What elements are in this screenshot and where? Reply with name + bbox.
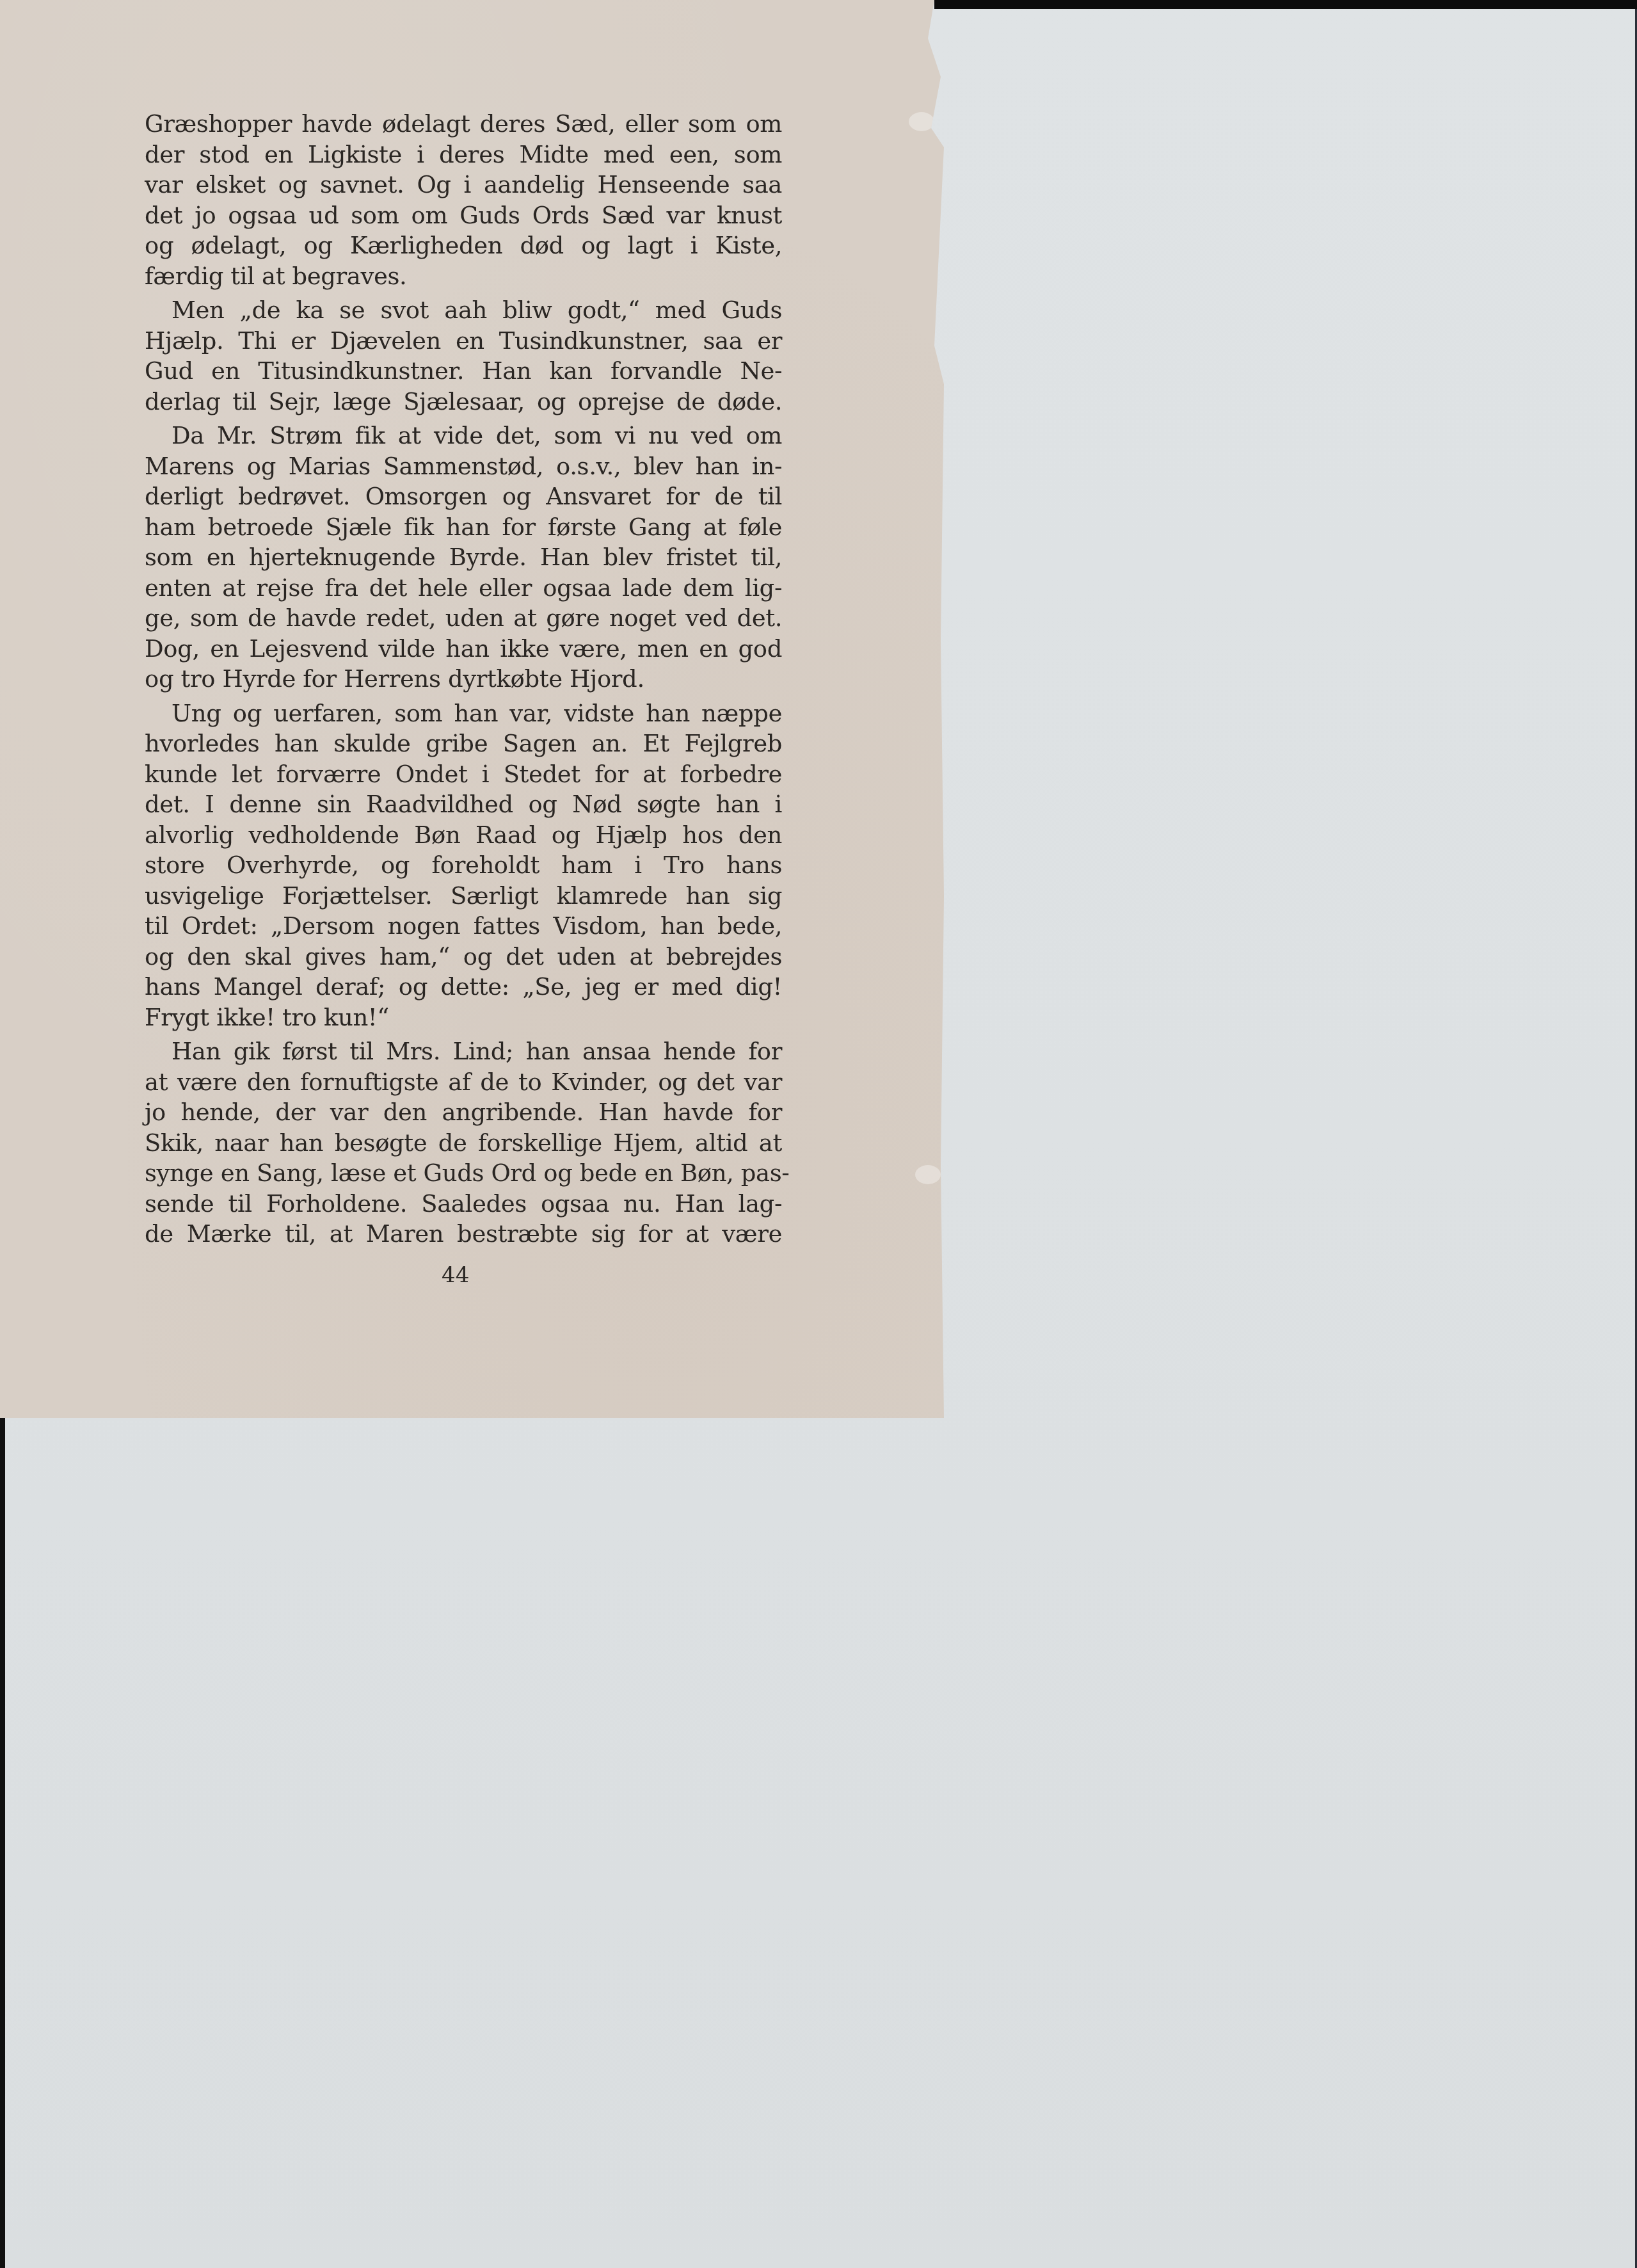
paragraph-5: Han gik først til Mrs. Lind; han ansaa h… xyxy=(145,1036,782,1250)
text-line: Dog, en Lejesvend vilde han ikke være, m… xyxy=(145,634,782,664)
paragraph-2: Men „de ka se svot aah bliw godt,“ med G… xyxy=(145,295,782,417)
text-line: Skik, naar han besøgte de forskellige Hj… xyxy=(145,1128,782,1159)
text-line: som en hjerteknugende Byrde. Han blev fr… xyxy=(145,542,782,573)
text-line: Han gik først til Mrs. Lind; han ansaa h… xyxy=(145,1036,782,1067)
page-number: 44 xyxy=(442,1262,469,1288)
text-line: det jo ogsaa ud som om Guds Ords Sæd var… xyxy=(145,200,782,231)
text-line: til Ordet: „Dersom nogen fattes Visdom, … xyxy=(145,911,782,942)
text-line: Hjælp. Thi er Djævelen en Tusindkunstner… xyxy=(145,326,782,357)
text-line: at være den fornuftigste af de to Kvinde… xyxy=(145,1067,782,1098)
text-line: færdig til at begraves. xyxy=(145,261,782,292)
text-line: og ødelagt, og Kærligheden død og lagt i… xyxy=(145,230,782,261)
page-crease-mark xyxy=(909,112,934,131)
text-line: sende til Forholdene. Saaledes ogsaa nu.… xyxy=(145,1189,782,1219)
page-crease-mark xyxy=(915,1165,941,1184)
text-line: synge en Sang, læse et Guds Ord og bede … xyxy=(145,1158,782,1189)
paragraph-4: Ung og uerfaren, som han var, vidste han… xyxy=(145,698,782,1033)
text-line: hans Mangel deraf; og dette: „Se, jeg er… xyxy=(145,972,782,1002)
body-text: Græshopper havde ødelagt deres Sæd, elle… xyxy=(145,109,782,1250)
text-line: derligt bedrøvet. Omsorgen og Ansvaret f… xyxy=(145,481,782,512)
text-line: og tro Hyrde for Herrens dyrtkøbte Hjord… xyxy=(145,664,782,695)
text-line: var elsket og savnet. Og i aandelig Hens… xyxy=(145,170,782,200)
paragraph-3: Da Mr. Strøm fik at vide det, som vi nu … xyxy=(145,421,782,695)
scanner-edge-top xyxy=(934,0,1637,9)
text-line: Ung og uerfaren, som han var, vidste han… xyxy=(145,698,782,729)
text-line: Marens og Marias Sammenstød, o.s.v., ble… xyxy=(145,451,782,482)
text-line: hvorledes han skulde gribe Sagen an. Et … xyxy=(145,728,782,759)
text-line: store Overhyrde, og foreholdt ham i Tro … xyxy=(145,850,782,881)
text-line: derlag til Sejr, læge Sjælesaar, og opre… xyxy=(145,387,782,417)
text-line: Men „de ka se svot aah bliw godt,“ med G… xyxy=(145,295,782,326)
scanner-edge-left xyxy=(0,1418,5,2268)
text-line: Frygt ikke! tro kun!“ xyxy=(145,1002,782,1033)
text-line: Da Mr. Strøm fik at vide det, som vi nu … xyxy=(145,421,782,451)
text-line: Gud en Titusindkunstner. Han kan forvand… xyxy=(145,356,782,387)
text-line: enten at rejse fra det hele eller ogsaa … xyxy=(145,573,782,604)
text-line: Græshopper havde ødelagt deres Sæd, elle… xyxy=(145,109,782,140)
text-line: jo hende, der var den angribende. Han ha… xyxy=(145,1097,782,1128)
scanned-book-page: Græshopper havde ødelagt deres Sæd, elle… xyxy=(0,0,944,1418)
text-line: alvorlig vedholdende Bøn Raad og Hjælp h… xyxy=(145,820,782,851)
text-line: de Mærke til, at Maren bestræbte sig for… xyxy=(145,1219,782,1250)
text-line: der stod en Ligkiste i deres Midte med e… xyxy=(145,140,782,170)
text-line: og den skal gives ham,“ og det uden at b… xyxy=(145,942,782,972)
text-line: ham betroede Sjæle fik han for første Ga… xyxy=(145,512,782,543)
text-line: usvigelige Forjættelser. Særligt klamred… xyxy=(145,881,782,912)
text-line: det. I denne sin Raadvildhed og Nød søgt… xyxy=(145,789,782,820)
paragraph-1: Græshopper havde ødelagt deres Sæd, elle… xyxy=(145,109,782,291)
text-line: ge, som de havde redet, uden at gøre nog… xyxy=(145,603,782,634)
text-line: kunde let forværre Ondet i Stedet for at… xyxy=(145,759,782,790)
